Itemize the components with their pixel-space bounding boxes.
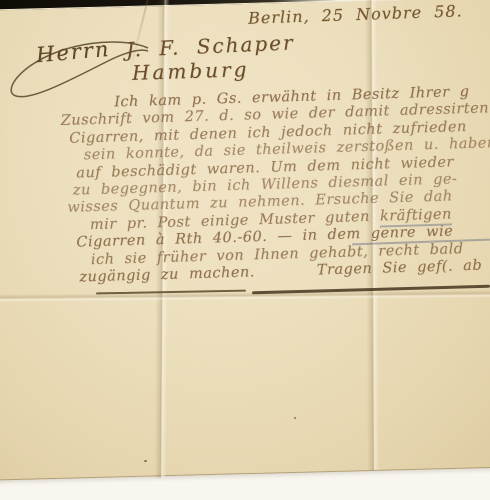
letter-body: Ich kam p. Gs. erwähnt in Besitz Ihrer g… xyxy=(60,82,490,287)
ink-speck xyxy=(294,417,296,419)
letter-photo: Berlin, 25 Novbre 58. Herrn J. F. Schape… xyxy=(0,0,490,500)
ink-speck xyxy=(144,460,147,462)
recipient-city: Hamburg xyxy=(132,57,250,85)
